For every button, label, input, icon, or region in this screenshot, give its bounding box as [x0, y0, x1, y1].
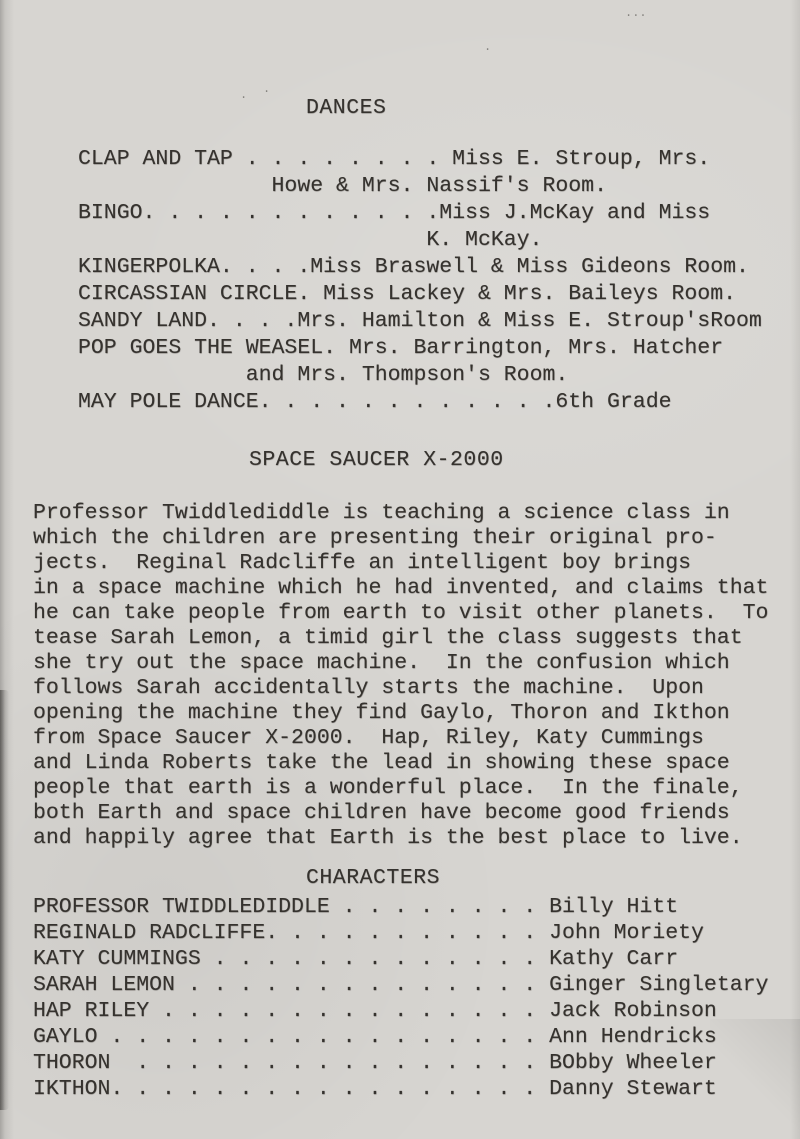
synopsis-line: and happily agree that Earth is the best…: [33, 826, 768, 851]
synopsis-line: and Linda Roberts take the lead in showi…: [33, 751, 768, 776]
synopsis-line: in a space machine which he had invented…: [33, 576, 768, 601]
character-row: HAP RILEY . . . . . . . . . . . . . . . …: [33, 998, 768, 1024]
synopsis-line: people that earth is a wonderful place. …: [33, 776, 768, 801]
dot-leader: . . . . . . . . . . . . .: [201, 947, 549, 971]
dance-line: MAY POLE DANCE. . . . . . . . . . . .6th…: [78, 389, 762, 416]
dance-line: SANDY LAND. . . .Mrs. Hamilton & Miss E.…: [78, 308, 762, 335]
paper-speck: ...: [625, 6, 647, 20]
synopsis-line: jects. Reginal Radcliffe an intelligent …: [33, 551, 768, 576]
character-row: GAYLO . . . . . . . . . . . . . . . . . …: [33, 1024, 768, 1050]
synopsis-line: tease Sarah Lemon, a timid girl the clas…: [33, 626, 768, 651]
dance-line-continuation: K. McKay.: [78, 227, 762, 254]
synopsis-line: which the children are presenting their …: [33, 526, 768, 551]
character-role: HAP RILEY: [33, 999, 149, 1023]
character-actor: Ann Hendricks: [549, 1025, 717, 1049]
synopsis-line: he can take people from earth to visit o…: [33, 601, 768, 626]
synopsis-line: she try out the space machine. In the co…: [33, 651, 768, 676]
dance-line: POP GOES THE WEASEL. Mrs. Barrington, Mr…: [78, 335, 762, 362]
dance-line: BINGO. . . . . . . . . . . .Miss J.McKay…: [78, 200, 762, 227]
character-role: REGINALD RADCLIFFE.: [33, 921, 278, 945]
dot-leader: . . . . . . . . . .: [278, 921, 549, 945]
dot-leader: . . . . . . . . . . . . . . . .: [110, 1051, 549, 1075]
paper-edge-shadow: [0, 690, 9, 1110]
dance-line: CIRCASSIAN CIRCLE. Miss Lackey & Mrs. Ba…: [78, 281, 762, 308]
character-row: IKTHON. . . . . . . . . . . . . . . . . …: [33, 1076, 768, 1102]
dance-line-continuation: Howe & Mrs. Nassif's Room.: [78, 173, 762, 200]
character-actor: Jack Robinson: [549, 999, 717, 1023]
dot-leader: . . . . . . . .: [330, 895, 549, 919]
character-role: IKTHON.: [33, 1077, 123, 1101]
dance-line-continuation: and Mrs. Thompson's Room.: [78, 362, 762, 389]
character-actor: Kathy Carr: [549, 947, 678, 971]
character-role: SARAH LEMON: [33, 973, 175, 997]
paper-speck: .: [240, 88, 247, 102]
synopsis-line: follows Sarah accidentally starts the ma…: [33, 676, 768, 701]
dot-leader: . . . . . . . . . . . . . . . .: [123, 1077, 549, 1101]
paper-speck: .: [484, 40, 491, 54]
dot-leader: . . . . . . . . . . . . . .: [175, 973, 549, 997]
dance-line: CLAP AND TAP . . . . . . . . Miss E. Str…: [78, 146, 762, 173]
character-role: PROFESSOR TWIDDLEDIDDLE: [33, 895, 330, 919]
character-actor: Billy Hitt: [549, 895, 678, 919]
character-actor: John Moriety: [549, 921, 704, 945]
character-actor: Ginger Singletary: [549, 973, 768, 997]
character-row: PROFESSOR TWIDDLEDIDDLE . . . . . . . . …: [33, 894, 768, 920]
characters-section-title: CHARACTERS: [306, 866, 440, 890]
dot-leader: . . . . . . . . . . . . . . . . .: [98, 1025, 550, 1049]
synopsis-line: Professor Twiddlediddle is teaching a sc…: [33, 501, 768, 526]
character-row: REGINALD RADCLIFFE. . . . . . . . . . . …: [33, 920, 768, 946]
dot-leader: . . . . . . . . . . . . . . .: [149, 999, 549, 1023]
character-role: THORON: [33, 1051, 110, 1075]
paper-speck: .: [263, 82, 270, 96]
synopsis-section-title: SPACE SAUCER X-2000: [249, 448, 504, 472]
dances-section-title: DANCES: [306, 96, 386, 120]
characters-list: PROFESSOR TWIDDLEDIDDLE . . . . . . . . …: [33, 894, 768, 1102]
document-page: ... . . . DANCES CLAP AND TAP . . . . . …: [0, 0, 800, 1139]
dance-line: KINGERPOLKA. . . .Miss Braswell & Miss G…: [78, 254, 762, 281]
dances-list: CLAP AND TAP . . . . . . . . Miss E. Str…: [78, 146, 762, 416]
character-role: GAYLO: [33, 1025, 98, 1049]
character-row: KATY CUMMINGS . . . . . . . . . . . . . …: [33, 946, 768, 972]
synopsis-line: opening the machine they find Gaylo, Tho…: [33, 701, 768, 726]
character-row: SARAH LEMON . . . . . . . . . . . . . . …: [33, 972, 768, 998]
character-role: KATY CUMMINGS: [33, 947, 201, 971]
synopsis-line: from Space Saucer X-2000. Hap, Riley, Ka…: [33, 726, 768, 751]
character-row: THORON . . . . . . . . . . . . . . . . B…: [33, 1050, 768, 1076]
character-actor: Danny Stewart: [549, 1077, 717, 1101]
character-actor: BObby Wheeler: [549, 1051, 717, 1075]
synopsis-paragraph: Professor Twiddlediddle is teaching a sc…: [33, 501, 768, 851]
synopsis-line: both Earth and space children have becom…: [33, 801, 768, 826]
